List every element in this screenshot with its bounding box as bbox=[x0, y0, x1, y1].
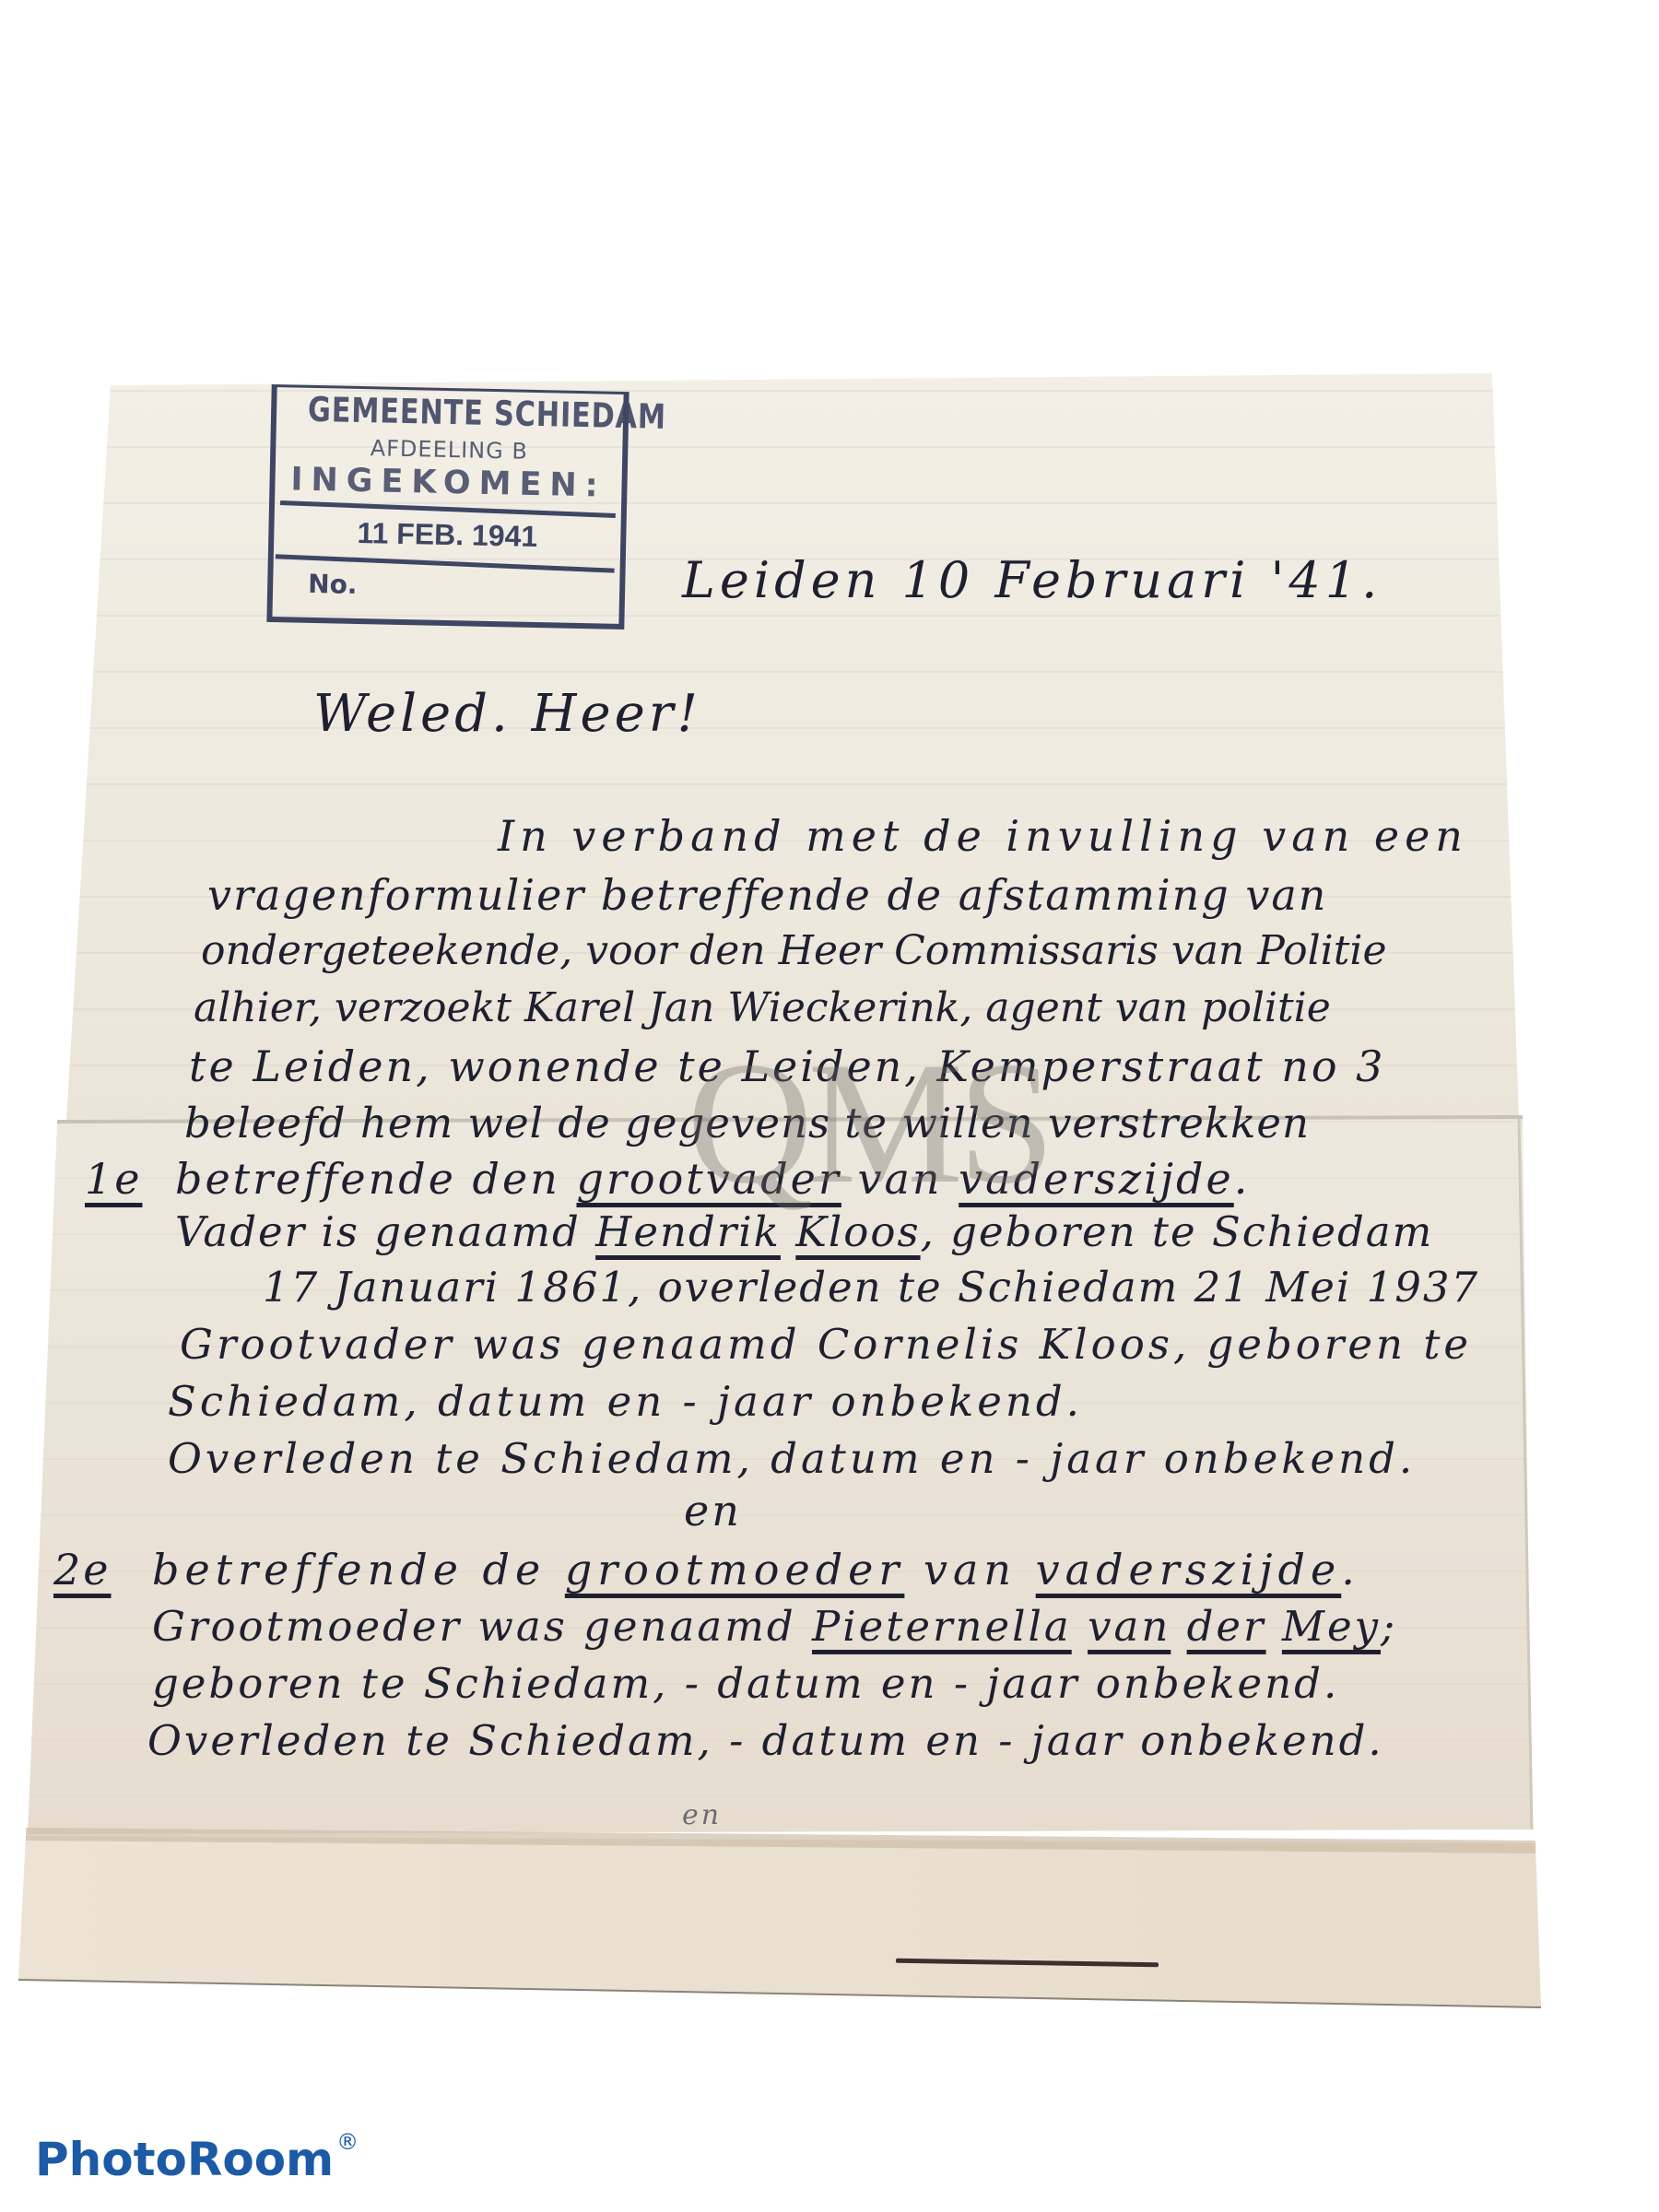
stamp-municipality: GEMEENTE SCHIEDAM bbox=[308, 390, 593, 435]
stamp-number-label: No. bbox=[308, 569, 358, 600]
underlined-name: van bbox=[1088, 1602, 1171, 1651]
salutation: Weled. Heer! bbox=[313, 684, 701, 744]
place-date: Leiden 10 Februari '41. bbox=[682, 551, 1382, 609]
stamp-received-label: INGEKOMEN: bbox=[275, 461, 622, 505]
section-2-line: Grootmoeder was genaamd Pieternella van … bbox=[152, 1602, 1397, 1651]
section-1-line: Grootvader was genaamd Cornelis Kloos, g… bbox=[180, 1320, 1472, 1369]
fold-text-fragment: en bbox=[682, 1799, 722, 1831]
section-1-line: Overleden te Schiedam, datum en - jaar o… bbox=[168, 1434, 1416, 1483]
conjunction: en bbox=[684, 1486, 742, 1535]
body-line: vragenformulier betreffende de afstammin… bbox=[207, 870, 1327, 920]
underlined-term: vaderszijde bbox=[1036, 1545, 1342, 1594]
stamp-date: 11 FEB. 1941 bbox=[274, 514, 621, 556]
paper-bottom-strip bbox=[18, 1836, 1541, 2007]
section-2-line: Overleden te Schiedam, - datum en - jaar… bbox=[147, 1716, 1384, 1765]
section-1-line: 17 Januari 1861, overleden te Schiedam 2… bbox=[263, 1263, 1479, 1312]
section-1-marker: 1e bbox=[85, 1154, 143, 1204]
section-2-heading: betreffende de grootmoeder van vaderszij… bbox=[152, 1545, 1360, 1594]
received-stamp: GEMEENTE SCHIEDAM AFDEELING B INGEKOMEN:… bbox=[266, 384, 629, 629]
section-1-line: Schiedam, datum en - jaar onbekend. bbox=[168, 1377, 1083, 1426]
qms-watermark: QMS bbox=[687, 1023, 1050, 1224]
registered-mark: ® bbox=[336, 2129, 359, 2155]
underlined-name: Mey bbox=[1282, 1602, 1381, 1651]
underlined-name: Pieternella bbox=[812, 1602, 1072, 1651]
underlined-name: der bbox=[1187, 1602, 1266, 1651]
body-line: In verband met de invulling van een bbox=[498, 811, 1468, 861]
section-2-line: geboren te Schiedam, - datum en - jaar o… bbox=[152, 1659, 1339, 1708]
photoroom-logo: PhotoRoom® bbox=[35, 2129, 359, 2186]
section-2-marker: 2e bbox=[53, 1545, 112, 1594]
body-line: ondergeteekende, voor den Heer Commissar… bbox=[201, 927, 1387, 974]
underlined-term: grootmoeder bbox=[565, 1545, 905, 1594]
